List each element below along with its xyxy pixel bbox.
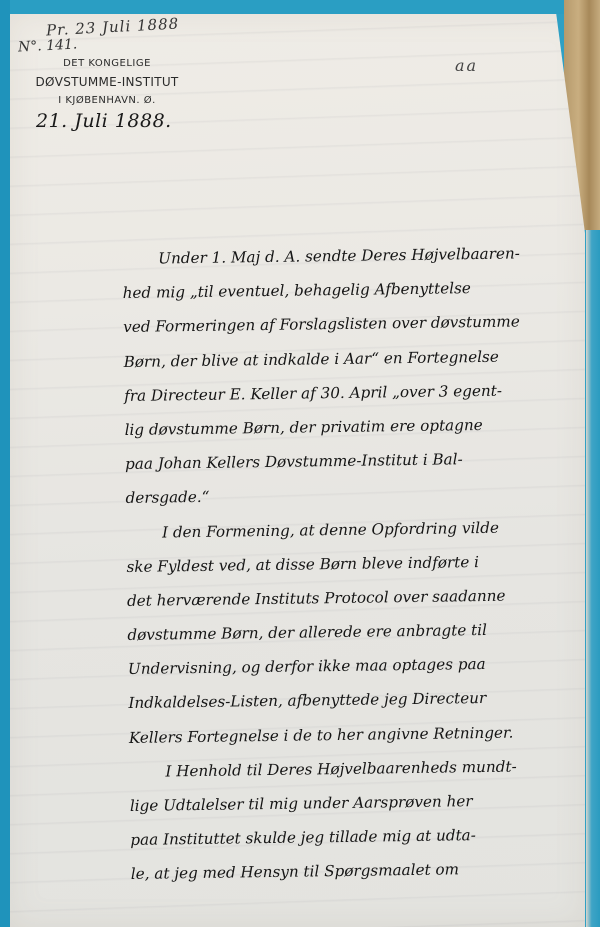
letterhead: DET KONGELIGE DØVSTUMME-INSTITUT I KJØBE… <box>32 58 182 106</box>
binder-edge-lower <box>586 230 600 927</box>
top-background-strip <box>0 0 570 14</box>
left-background-strip <box>0 0 10 927</box>
corner-mark: aa <box>455 56 478 75</box>
letter-date: 21. Juli 1888. <box>36 110 172 132</box>
journal-number: N°. 141. <box>18 36 78 55</box>
body-line: le, at jeg med Hensyn til Spørgsmaalet o… <box>131 851 593 892</box>
received-note: Pr. 23 Juli 1888 <box>46 15 180 40</box>
letter-page: Pr. 23 Juli 1888 N°. 141. DET KONGELIGE … <box>10 14 585 927</box>
body-line: ved Formeringen af Forslagslisten over d… <box>123 304 585 345</box>
letterhead-line-2: DØVSTUMME-INSTITUT <box>32 75 182 89</box>
letter-body: Under 1. Maj d. A. sendte Deres Højvelba… <box>122 236 593 892</box>
body-line: Under 1. Maj d. A. sendte Deres Højvelba… <box>122 236 584 277</box>
letterhead-line-1: DET KONGELIGE <box>32 58 182 69</box>
letterhead-line-3: I KJØBENHAVN. Ø. <box>32 95 182 106</box>
